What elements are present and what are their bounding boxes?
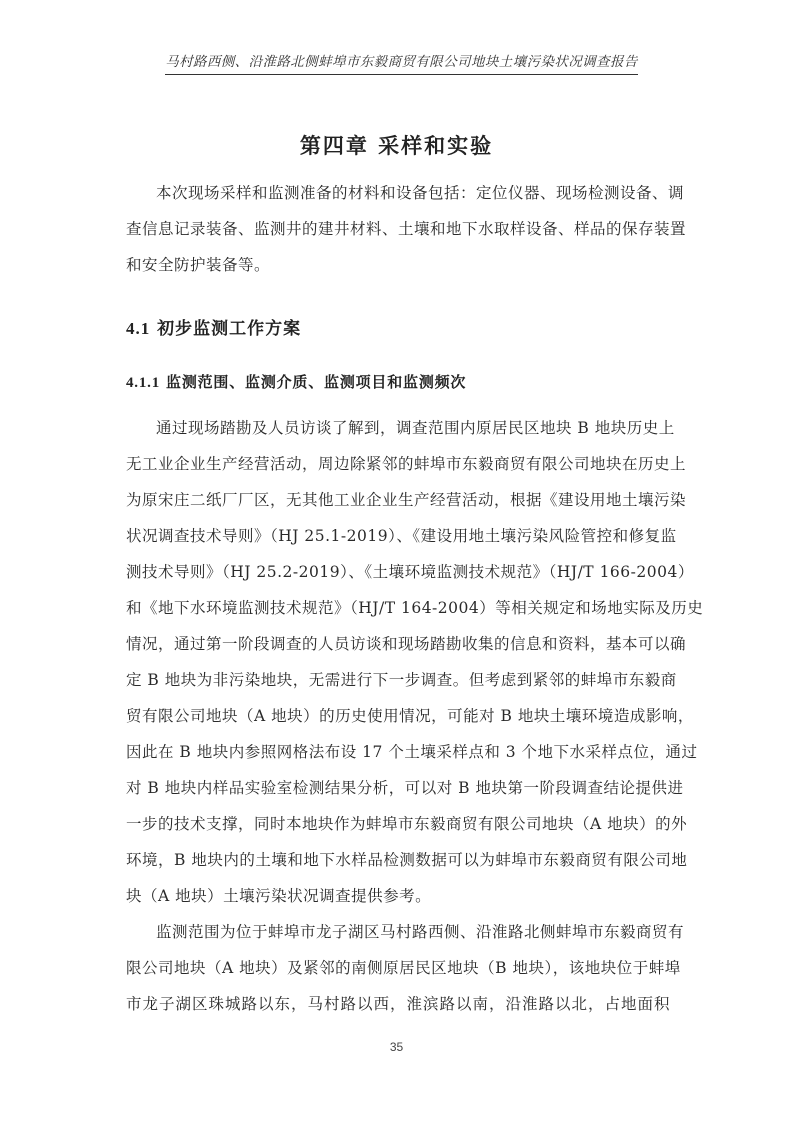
paragraph-line: 块（A 地块）土壤污染状况调查提供参考。 [126,886,670,906]
chapter-title: 第四章 采样和实验 [0,130,793,160]
section-heading-4-1: 4.1 初步监测工作方案 [126,314,301,339]
intro-line: 本次现场采样和监测准备的材料和设备包括：定位仪器、现场检测设备、调 [156,183,670,203]
paragraph-line: 监测范围为位于蚌埠市龙子湖区马村路西侧、沿淮路北侧蚌埠市东毅商贸有 [156,922,670,942]
paragraph-line: 限公司地块（A 地块）及紧邻的南侧原居民区地块（B 地块），该地块位于蚌埠 [126,958,670,978]
paragraph-line: 环境，B 地块内的土壤和地下水样品检测数据可以为蚌埠市东毅商贸有限公司地 [126,850,670,870]
paragraph-line: 定 B 地块为非污染地块，无需进行下一步调查。但考虑到紧邻的蚌埠市东毅商 [126,670,670,690]
paragraph-line: 无工业企业生产经营活动，周边除紧邻的蚌埠市东毅商贸有限公司地块在历史上 [126,454,670,474]
paragraph-line: 为原宋庄二纸厂厂区，无其他工业企业生产经营活动，根据《建设用地土壤污染 [126,490,670,510]
paragraph-line: 对 B 地块内样品实验室检测结果分析，可以对 B 地块第一阶段调查结论提供进 [126,778,670,798]
section-heading-4-1-1: 4.1.1 监测范围、监测介质、监测项目和监测频次 [126,371,466,392]
running-header: 马村路西侧、沿淮路北侧蚌埠市东毅商贸有限公司地块土壤污染状况调查报告 [165,50,638,75]
paragraph-line: 因此在 B 地块内参照网格法布设 17 个土壤采样点和 3 个地下水采样点位，通… [126,742,670,762]
paragraph-line: 和《地下水环境监测技术规范》（HJ/T 164-2004）等相关规定和场地实际及… [126,598,670,618]
paragraph-line: 贸有限公司地块（A 地块）的历史使用情况，可能对 B 地块土壤环境造成影响， [126,706,670,726]
intro-line: 和安全防护装备等。 [126,255,670,275]
section-title: 监测范围、监测介质、监测项目和监测频次 [166,373,466,391]
paragraph-line: 测技术导则》（HJ 25.2-2019）、《土壤环境监测技术规范》（HJ/T 1… [126,562,670,582]
paragraph-line: 通过现场踏勘及人员访谈了解到，调查范围内原居民区地块 B 地块历史上 [156,418,670,438]
section-title: 初步监测工作方案 [157,319,301,339]
intro-line: 查信息记录装备、监测井的建井材料、土壤和地下水取样设备、样品的保存装置 [126,219,670,239]
paragraph-line: 一步的技术支撑，同时本地块作为蚌埠市东毅商贸有限公司地块（A 地块）的外 [126,814,670,834]
paragraph-line: 状况调查技术导则》（HJ 25.1-2019）、《建设用地土壤污染风险管控和修复… [126,526,670,546]
paragraph-line: 市龙子湖区珠城路以东，马村路以西，淮滨路以南，沿淮路以北，占地面积 [126,994,670,1014]
section-number: 4.1 [126,319,150,338]
section-number: 4.1.1 [126,375,160,391]
page-number: 35 [0,1040,793,1054]
paragraph-line: 情况，通过第一阶段调查的人员访谈和现场踏勘收集的信息和资料，基本可以确 [126,634,670,654]
